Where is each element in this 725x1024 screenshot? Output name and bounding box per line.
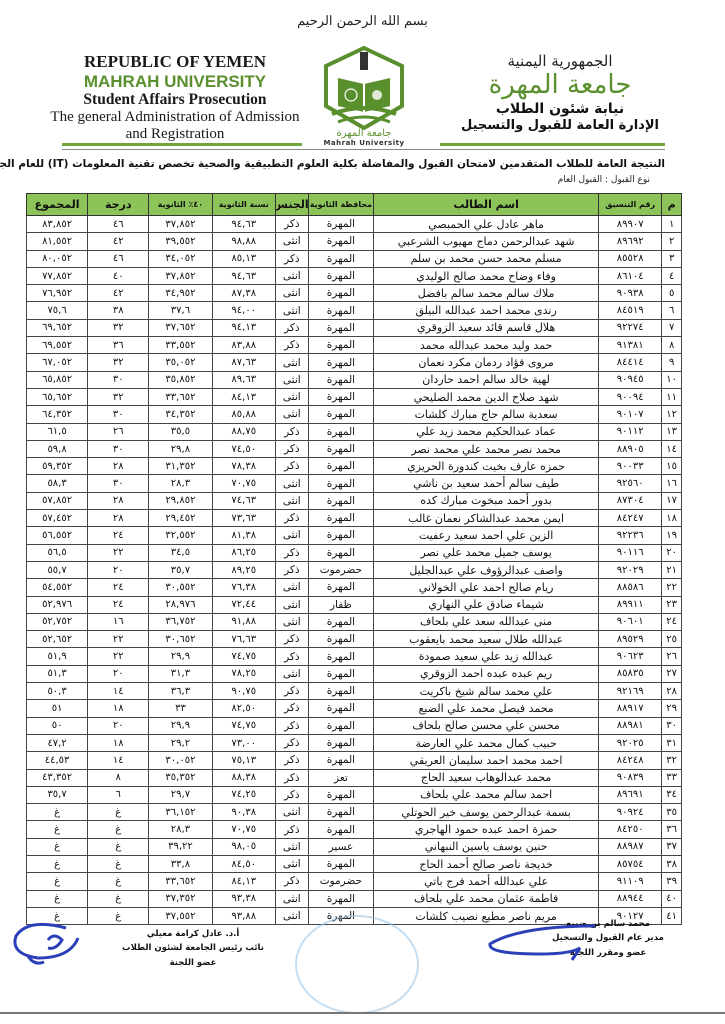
cell-gender: انثى: [275, 804, 308, 821]
document-title: النتيجة العامة للطلاب المتقدمين لامتحان …: [25, 158, 665, 170]
cell-hs-40: ٣٥,٠٥٢: [149, 354, 212, 371]
cell-hs-40: ٣٧,٨٥٢: [149, 267, 212, 284]
cell-score: ٨: [88, 769, 149, 786]
cell-total: ٦٩,٦٥٢: [27, 319, 88, 336]
cell-row-index: ١٧: [662, 492, 682, 509]
cell-row-index: ٣٢: [662, 752, 682, 769]
cell-governorate: المهرة: [308, 527, 374, 544]
cell-gender: انثى: [275, 406, 308, 423]
cell-hs-percent: ٨٨,٣٨: [212, 769, 275, 786]
cell-governorate: المهرة: [308, 855, 374, 872]
cell-coord-no: ٨٧٣٠٤: [599, 492, 662, 509]
department-en: Student Affairs Prosecution: [40, 91, 310, 109]
cell-score: ٤٠: [88, 267, 149, 284]
cell-hs-40: ٣٠,٥٥٢: [149, 579, 212, 596]
cell-row-index: ١٨: [662, 510, 682, 527]
cell-governorate: المهرة: [308, 821, 374, 838]
cell-coord-no: ٩٢٢٣٦: [599, 527, 662, 544]
cell-coord-no: ٨٤٤١٤: [599, 354, 662, 371]
cell-row-index: ٣٤: [662, 786, 682, 803]
cell-gender: ذكر: [275, 250, 308, 267]
table-row: ٢٥٨٩٥٢٩عبدالله طلال سعيد محمد بايعقوبالم…: [27, 631, 682, 648]
cell-hs-40: ٣١,٣٥٢: [149, 458, 212, 475]
cell-student-name: هلال قاسم قائد سعيد الزوقري: [374, 319, 599, 336]
cell-governorate: المهرة: [308, 440, 374, 457]
cell-gender: ذكر: [275, 752, 308, 769]
cell-hs-percent: ٧٢,٤٤: [212, 596, 275, 613]
cell-total: ٦١,٥: [27, 423, 88, 440]
signatory-name: أ.د. عادل كرامة معيلي: [118, 927, 268, 941]
cell-governorate: المهرة: [308, 337, 374, 354]
cell-hs-percent: ٧٥,١٣: [212, 752, 275, 769]
cell-gender: انثى: [275, 855, 308, 872]
cell-row-index: ٢٨: [662, 683, 682, 700]
cell-row-index: ٢٥: [662, 631, 682, 648]
table-row: ٣٣٩٠٨٣٩محمد عبدالوهاب سعيد الحاجتعزذكر٨٨…: [27, 769, 682, 786]
cell-gender: ذكر: [275, 440, 308, 457]
col-hs-percent: نسبة الثانوية: [212, 194, 275, 216]
cell-total: ٥١,٩: [27, 648, 88, 665]
table-row: ١٦٩٢٥٦٠طيف سالم أحمد سعيد بن ناشيالمهرةا…: [27, 475, 682, 492]
table-row: ٢٤٩٠٦٠١منى عبدالله سعد علي بلحافالمهرةان…: [27, 613, 682, 630]
cell-row-index: ٩: [662, 354, 682, 371]
cell-total: ٤٤,٥٣: [27, 752, 88, 769]
cell-score: غ: [88, 838, 149, 855]
table-row: ٧٩٢٢٧٤هلال قاسم قائد سعيد الزوقريالمهرةذ…: [27, 319, 682, 336]
cell-total: غ: [27, 838, 88, 855]
cell-student-name: محسن علي محسن صالح بلحاف: [374, 717, 599, 734]
signature-scribble-right-icon: [480, 920, 600, 970]
cell-row-index: ١٣: [662, 423, 682, 440]
cell-gender: انثى: [275, 475, 308, 492]
cell-hs-40: ٣٥,٨٥٢: [149, 371, 212, 388]
logo-caption: جامعة المهرة Mahrah University: [318, 128, 410, 147]
cell-student-name: يوسف جميل محمد علي نصر: [374, 544, 599, 561]
cell-coord-no: ٩٢٠٢٩: [599, 561, 662, 578]
table-row: ٢٨٩٦٩٢شهد عبدالرحمن دماج مهيوب الشرعبيال…: [27, 233, 682, 250]
cell-total: ٥٧,٤٥٢: [27, 510, 88, 527]
cell-score: غ: [88, 890, 149, 907]
cell-student-name: محمد فيصل محمد علي الضبع: [374, 700, 599, 717]
cell-student-name: حمزه عارف بخيت كندورة الحريزي: [374, 458, 599, 475]
cell-score: ١٤: [88, 683, 149, 700]
table-row: ١٤٨٨٩٠٥محمد نصر محمد علي محمد نصرالمهرةذ…: [27, 440, 682, 457]
cell-governorate: المهرة: [308, 544, 374, 561]
country-name-en: REPUBLIC OF YEMEN: [40, 52, 310, 72]
cell-hs-percent: ٩٨,٠٥: [212, 838, 275, 855]
cell-student-name: حبيب كمال محمد علي العارضة: [374, 734, 599, 751]
cell-hs-percent: ٧٨,٢٥: [212, 665, 275, 682]
cell-row-index: ٢٩: [662, 700, 682, 717]
cell-row-index: ٢٤: [662, 613, 682, 630]
cell-total: ٥٢,٩٧٦: [27, 596, 88, 613]
cell-coord-no: ٨٩٦٩٢: [599, 233, 662, 250]
cell-score: ٢٤: [88, 527, 149, 544]
cell-score: ١٦: [88, 613, 149, 630]
cell-score: ٤٦: [88, 216, 149, 233]
cell-score: ٢٢: [88, 648, 149, 665]
cell-coord-no: ٨٦١٠٤: [599, 267, 662, 284]
cell-hs-40: ٣٤,٠٥٢: [149, 250, 212, 267]
cell-governorate: المهرة: [308, 734, 374, 751]
cell-governorate: تعز: [308, 769, 374, 786]
cell-governorate: المهرة: [308, 302, 374, 319]
signature-left: أ.د. عادل كرامة معيلي نائب رئيس الجامعة …: [118, 927, 268, 970]
cell-coord-no: ٨٥٨٣٥: [599, 665, 662, 682]
table-row: ٣٧٨٨٩٨٧حنين يوسف ياسين النبهانيعسيرانثى٩…: [27, 838, 682, 855]
cell-coord-no: ٩٠٩٤٥: [599, 371, 662, 388]
cell-score: ٢٠: [88, 717, 149, 734]
cell-hs-40: ٣٦,١٥٢: [149, 804, 212, 821]
cell-governorate: المهرة: [308, 354, 374, 371]
cell-score: غ: [88, 804, 149, 821]
cell-governorate: حضرموت: [308, 873, 374, 890]
cell-row-index: ١٥: [662, 458, 682, 475]
cell-coord-no: ٨٤٢٤٨: [599, 752, 662, 769]
cell-coord-no: ٩٢٢٧٤: [599, 319, 662, 336]
table-row: ١٧٨٧٣٠٤بدور أحمد مبخوت مبارك كدهالمهرةان…: [27, 492, 682, 509]
cell-governorate: المهرة: [308, 786, 374, 803]
cell-total: ٦٥,٦٥٢: [27, 388, 88, 405]
cell-gender: انثى: [275, 285, 308, 302]
cell-hs-40: ٣٣,٦٥٢: [149, 388, 212, 405]
cell-row-index: ٣٦: [662, 821, 682, 838]
cell-hs-percent: ٩١,٨٨: [212, 613, 275, 630]
cell-hs-percent: ٧٦,٣٨: [212, 579, 275, 596]
cell-governorate: المهرة: [308, 319, 374, 336]
cell-coord-no: ٩٢١٦٩: [599, 683, 662, 700]
cell-coord-no: ٩٠٦٢٣: [599, 648, 662, 665]
cell-row-index: ٢٠: [662, 544, 682, 561]
table-row: ٩٨٤٤١٤مروى فؤاد ردمان مكرد نعمانالمهرةان…: [27, 354, 682, 371]
cell-student-name: محمد نصر محمد علي محمد نصر: [374, 440, 599, 457]
cell-gender: ذكر: [275, 561, 308, 578]
cell-gender: ذكر: [275, 631, 308, 648]
col-score: درجة: [88, 194, 149, 216]
cell-hs-40: ٣٧,٦٥٢: [149, 319, 212, 336]
cell-row-index: ١٦: [662, 475, 682, 492]
cell-hs-40: ٣٧,٦: [149, 302, 212, 319]
english-letterhead: REPUBLIC OF YEMEN MAHRAH UNIVERSITY Stud…: [40, 52, 310, 143]
cell-coord-no: ٩٠٦٠١: [599, 613, 662, 630]
cell-hs-percent: ٧٤,٧٥: [212, 717, 275, 734]
cell-total: ٥٩,٨: [27, 440, 88, 457]
cell-hs-40: ٣٩,٢٢: [149, 838, 212, 855]
cell-hs-percent: ٧٤,٧٥: [212, 648, 275, 665]
cell-governorate: المهرة: [308, 492, 374, 509]
cell-score: غ: [88, 907, 149, 924]
cell-score: ٣٠: [88, 475, 149, 492]
cell-gender: انثى: [275, 388, 308, 405]
cell-coord-no: ٨٩٦٩١: [599, 786, 662, 803]
cell-row-index: ٣٣: [662, 769, 682, 786]
cell-row-index: ١٩: [662, 527, 682, 544]
cell-governorate: المهرة: [308, 700, 374, 717]
cell-student-name: علي عبدالله أحمد فرج باتي: [374, 873, 599, 890]
cell-score: ٢٨: [88, 458, 149, 475]
table-row: ٥٩٠٩٣٨ملاك سالم محمد سالم بافضلالمهرةانث…: [27, 285, 682, 302]
cell-student-name: مسلم محمد حسن محمد بن سلم: [374, 250, 599, 267]
cell-governorate: المهرة: [308, 579, 374, 596]
cell-hs-40: ٣٢,٥٥٢: [149, 527, 212, 544]
cell-row-index: ١٢: [662, 406, 682, 423]
col-gender: الجنس: [275, 194, 308, 216]
cell-student-name: عبدالله زيد علي سعيد صمودة: [374, 648, 599, 665]
cell-row-index: ٢١: [662, 561, 682, 578]
admission-type: نوع القبول : القبول العام: [558, 175, 650, 185]
cell-score: ٢٢: [88, 544, 149, 561]
cell-governorate: المهرة: [308, 371, 374, 388]
cell-hs-40: ٣٧,٥٥٢: [149, 907, 212, 924]
cell-gender: ذكر: [275, 700, 308, 717]
cell-hs-percent: ٩٠,٣٨: [212, 804, 275, 821]
col-total: المجموع: [27, 194, 88, 216]
cell-hs-percent: ٧٤,٢٥: [212, 786, 275, 803]
cell-total: غ: [27, 821, 88, 838]
cell-coord-no: ٩١٣٨١: [599, 337, 662, 354]
country-name-ar: الجمهورية اليمنية: [435, 52, 685, 70]
cell-row-index: ٦: [662, 302, 682, 319]
cell-row-index: ٣٥: [662, 804, 682, 821]
cell-governorate: المهرة: [308, 423, 374, 440]
table-row: ١٠٩٠٩٤٥لهية خالد سالم احمد حاردانالمهرةا…: [27, 371, 682, 388]
table-row: ١١٩٠٠٩٤شهد صلاح الدين محمد الصليحيالمهرة…: [27, 388, 682, 405]
cell-total: ٥٧,٨٥٢: [27, 492, 88, 509]
cell-coord-no: ٩١١٠٩: [599, 873, 662, 890]
cell-hs-40: ٣١,٣: [149, 665, 212, 682]
cell-governorate: المهرة: [308, 648, 374, 665]
cell-row-index: ٢٢: [662, 579, 682, 596]
table-row: ٢٨٩٢١٦٩علي محمد سالم شيخ باكريتالمهرةذكر…: [27, 683, 682, 700]
cell-hs-40: ٣٤,٩٥٢: [149, 285, 212, 302]
cell-score: ٤٢: [88, 285, 149, 302]
table-row: ١٨٩٩٠٧ماهر عادل علي الحمبصيالمهرةذكر٩٤,٦…: [27, 216, 682, 233]
cell-coord-no: ٨٩٩١١: [599, 596, 662, 613]
cell-total: ٥٠: [27, 717, 88, 734]
cell-student-name: علي محمد سالم شيخ باكريت: [374, 683, 599, 700]
cell-governorate: المهرة: [308, 510, 374, 527]
cell-score: ٣٢: [88, 319, 149, 336]
cell-row-index: ٥: [662, 285, 682, 302]
cell-score: ٦: [88, 786, 149, 803]
cell-hs-40: ٢٨,٣: [149, 475, 212, 492]
cell-gender: ذكر: [275, 734, 308, 751]
cell-total: غ: [27, 890, 88, 907]
table-row: ٣٢٨٤٢٤٨احمد محمد احمد سليمان العريقيالمه…: [27, 752, 682, 769]
cell-governorate: المهرة: [308, 631, 374, 648]
cell-student-name: طيف سالم أحمد سعيد بن ناشي: [374, 475, 599, 492]
cell-row-index: ٣٠: [662, 717, 682, 734]
cell-student-name: شهد عبدالرحمن دماج مهيوب الشرعبي: [374, 233, 599, 250]
logo-caption-en: Mahrah University: [318, 139, 410, 147]
cell-hs-percent: ٧٠,٧٥: [212, 475, 275, 492]
cell-coord-no: ٨٨٩١٧: [599, 700, 662, 717]
cell-hs-percent: ٩٤,٦٣: [212, 216, 275, 233]
cell-gender: ذكر: [275, 683, 308, 700]
table-row: ٨٩١٣٨١حمد وليد محمد عبدالله محمدالمهرةذك…: [27, 337, 682, 354]
arabic-letterhead: الجمهورية اليمنية جامعة المهرة نيابة شئو…: [435, 52, 685, 134]
cell-coord-no: ٨٤٢٤٧: [599, 510, 662, 527]
cell-hs-percent: ٩٤,٠٠: [212, 302, 275, 319]
cell-score: ١٨: [88, 700, 149, 717]
cell-row-index: ٧: [662, 319, 682, 336]
cell-score: غ: [88, 821, 149, 838]
cell-total: غ: [27, 873, 88, 890]
cell-score: ٢٠: [88, 665, 149, 682]
cell-total: ٦٩,٥٥٢: [27, 337, 88, 354]
cell-hs-percent: ٨٧,٣٨: [212, 285, 275, 302]
cell-gender: انثى: [275, 596, 308, 613]
cell-hs-percent: ٩٤,١٣: [212, 319, 275, 336]
table-row: ١٢٩٠١٠٧سعدية سالم حاج مبارك كلشاتالمهرةا…: [27, 406, 682, 423]
cell-score: ٢٨: [88, 492, 149, 509]
table-row: ٢٠٩٠١١٦يوسف جميل محمد علي نصرالمهرةذكر٨٦…: [27, 544, 682, 561]
cell-total: ٥١,٣: [27, 665, 88, 682]
cell-total: ٦٤,٣٥٢: [27, 406, 88, 423]
department-ar: نيابة شئون الطلاب: [435, 101, 685, 118]
cell-student-name: ملاك سالم محمد سالم بافضل: [374, 285, 599, 302]
cell-score: ٣٢: [88, 354, 149, 371]
col-index: م: [662, 194, 682, 216]
cell-total: ٧٥,٦: [27, 302, 88, 319]
cell-hs-40: ٣٥,٧: [149, 561, 212, 578]
table-row: ٦٨٤٥١٩رندى محمد احمد عبدالله البيلقالمهر…: [27, 302, 682, 319]
cell-coord-no: ٩٠٠٩٤: [599, 388, 662, 405]
cell-gender: انثى: [275, 233, 308, 250]
cell-hs-percent: ٨٤,١٣: [212, 388, 275, 405]
cell-student-name: وفاء وضاح محمد صالح الوليدي: [374, 267, 599, 284]
cell-student-name: حمزة احمد عبده حمود الهاجري: [374, 821, 599, 838]
table-row: ٣٩٩١١٠٩علي عبدالله أحمد فرج باتيحضرموتذك…: [27, 873, 682, 890]
cell-hs-40: ٣٩,٥٥٢: [149, 233, 212, 250]
university-name-ar: جامعة المهرة: [435, 70, 685, 101]
cell-governorate: المهرة: [308, 285, 374, 302]
cell-coord-no: ٨٩٥٢٩: [599, 631, 662, 648]
cell-gender: انثى: [275, 354, 308, 371]
cell-hs-percent: ٧٤,٥٠: [212, 440, 275, 457]
cell-hs-percent: ٨٥,١٣: [212, 250, 275, 267]
cell-row-index: ٣: [662, 250, 682, 267]
cell-total: ٤٣,٣٥٢: [27, 769, 88, 786]
cell-gender: ذكر: [275, 786, 308, 803]
cell-governorate: المهرة: [308, 216, 374, 233]
cell-student-name: بسمة عبدالرحمن يوسف خير الحوتلي: [374, 804, 599, 821]
cell-governorate: المهرة: [308, 717, 374, 734]
table-row: ٣٨٨٥٧٥٤خديجة ناصر صالح أحمد الحاجالمهرةا…: [27, 855, 682, 872]
cell-gender: ذكر: [275, 873, 308, 890]
cell-governorate: المهرة: [308, 233, 374, 250]
col-student-name: اسم الطالب: [374, 194, 599, 216]
cell-row-index: ٣٧: [662, 838, 682, 855]
table-row: ٣٤٨٩٦٩١احمد سالم محمد علي بلحافالمهرةذكر…: [27, 786, 682, 803]
cell-total: ٧٦,٩٥٢: [27, 285, 88, 302]
cell-gender: ذكر: [275, 216, 308, 233]
cell-gender: ذكر: [275, 544, 308, 561]
cell-total: ٣٥,٧: [27, 786, 88, 803]
cell-hs-40: ٣٣,٦٥٢: [149, 873, 212, 890]
cell-row-index: ١١: [662, 388, 682, 405]
col-hs-40: ٤٠٪ الثانوية: [149, 194, 212, 216]
cell-student-name: بدور أحمد مبخوت مبارك كده: [374, 492, 599, 509]
cell-gender: انثى: [275, 492, 308, 509]
cell-score: ٣٨: [88, 302, 149, 319]
cell-total: غ: [27, 855, 88, 872]
cell-gender: انثى: [275, 613, 308, 630]
cell-hs-40: ٣٣: [149, 700, 212, 717]
cell-score: ٣٠: [88, 406, 149, 423]
cell-coord-no: ٨٤٢٥٠: [599, 821, 662, 838]
cell-hs-40: ٣٠,٦٥٢: [149, 631, 212, 648]
cell-row-index: ٤٠: [662, 890, 682, 907]
cell-hs-percent: ٩٤,٦٣: [212, 267, 275, 284]
cell-score: غ: [88, 855, 149, 872]
cell-score: ٢٤: [88, 579, 149, 596]
cell-student-name: حنين يوسف ياسين النبهاني: [374, 838, 599, 855]
cell-gender: انثى: [275, 665, 308, 682]
cell-total: ٥٦,٥٥٢: [27, 527, 88, 544]
table-row: ١٣٩٠١١٢عماد عبدالحكيم محمد زيد عليالمهرة…: [27, 423, 682, 440]
table-header-row: م رقم التنسيق اسم الطالب محافظة الثانوية…: [27, 194, 682, 216]
table-row: ٣٨٥٥٢٨مسلم محمد حسن محمد بن سلمالمهرةذكر…: [27, 250, 682, 267]
cell-hs-percent: ٨٩,٢٥: [212, 561, 275, 578]
cell-hs-40: ٣٧,٣٥٢: [149, 890, 212, 907]
cell-hs-40: ٣٦,٣: [149, 683, 212, 700]
col-coord-no: رقم التنسيق: [599, 194, 662, 216]
cell-score: غ: [88, 873, 149, 890]
bismillah: بسم الله الرحمن الرحيم: [0, 14, 725, 29]
table-row: ١٩٩٢٢٣٦الزين علي احمد سعيد رعفيتالمهرةان…: [27, 527, 682, 544]
administration-ar: الإدارة العامة للقبول والتسجيل: [435, 118, 685, 134]
cell-student-name: محمد عبدالوهاب سعيد الحاج: [374, 769, 599, 786]
cell-score: ١٨: [88, 734, 149, 751]
cell-hs-percent: ٩٠,٧٥: [212, 683, 275, 700]
cell-coord-no: ٩٠٠٣٣: [599, 458, 662, 475]
cell-total: ٥٠,٣: [27, 683, 88, 700]
cell-hs-40: ٣٣,٨: [149, 855, 212, 872]
cell-governorate: عسير: [308, 838, 374, 855]
cell-hs-percent: ٨٣,٨٨: [212, 337, 275, 354]
cell-hs-percent: ٩٨,٨٨: [212, 233, 275, 250]
cell-row-index: ١٠: [662, 371, 682, 388]
table-row: ٢٩٨٨٩١٧محمد فيصل محمد علي الضبعالمهرةذكر…: [27, 700, 682, 717]
table-row: ٣٦٨٤٢٥٠حمزة احمد عبده حمود الهاجريالمهرة…: [27, 821, 682, 838]
cell-total: ٤٧,٢: [27, 734, 88, 751]
cell-score: ٢٢: [88, 631, 149, 648]
cell-hs-percent: ٨٢,٥٠: [212, 700, 275, 717]
cell-governorate: المهرة: [308, 250, 374, 267]
cell-governorate: المهرة: [308, 388, 374, 405]
cell-gender: ذكر: [275, 510, 308, 527]
table-row: ٢١٩٢٠٢٩واصف عبدالرؤوف علي عبدالجليلحضرمو…: [27, 561, 682, 578]
cell-hs-40: ٣٣,٥٥٢: [149, 337, 212, 354]
cell-coord-no: ٨٥٧٥٤: [599, 855, 662, 872]
cell-gender: ذكر: [275, 717, 308, 734]
cell-coord-no: ٩٠٨٣٩: [599, 769, 662, 786]
cell-row-index: ٢٦: [662, 648, 682, 665]
cell-governorate: حضرموت: [308, 561, 374, 578]
cell-hs-percent: ٨٩,٦٣: [212, 371, 275, 388]
table-row: ٣٥٩٠٩٢٤بسمة عبدالرحمن يوسف خير الحوتليال…: [27, 804, 682, 821]
cell-row-index: ٣٨: [662, 855, 682, 872]
cell-student-name: حمد وليد محمد عبدالله محمد: [374, 337, 599, 354]
cell-total: ٦٥,٨٥٢: [27, 371, 88, 388]
cell-student-name: عبدالله طلال سعيد محمد بايعقوب: [374, 631, 599, 648]
cell-coord-no: ٨٨٥٨٦: [599, 579, 662, 596]
cell-student-name: احمد سالم محمد علي بلحاف: [374, 786, 599, 803]
cell-row-index: ٢٧: [662, 665, 682, 682]
cell-hs-40: ٢٨,٩٧٦: [149, 596, 212, 613]
cell-hs-40: ٢٩,٢: [149, 734, 212, 751]
